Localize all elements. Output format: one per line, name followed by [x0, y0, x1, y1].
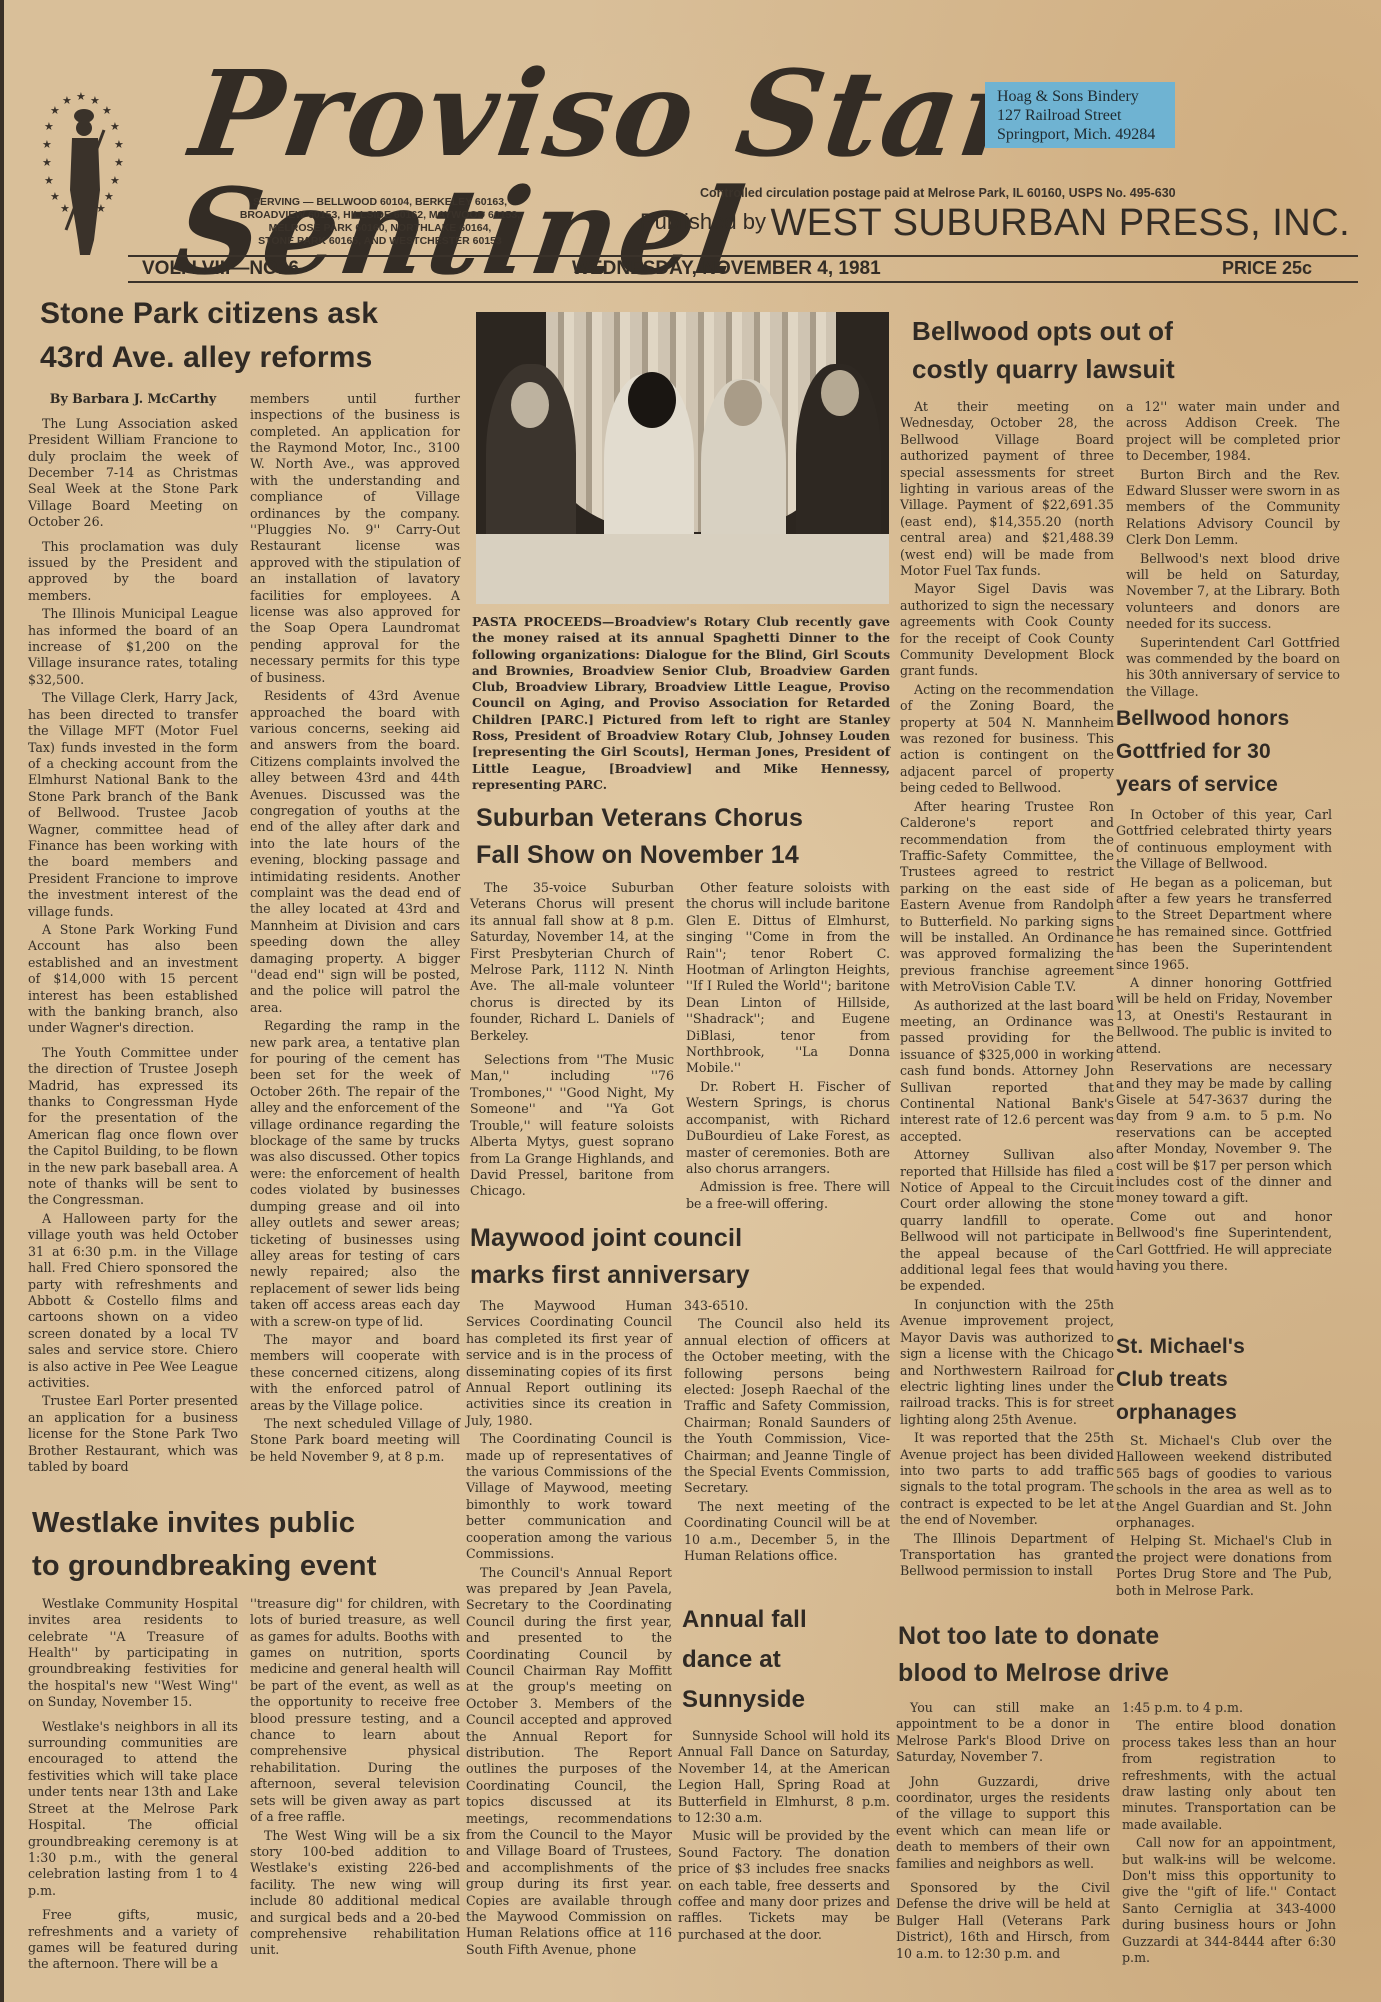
label-line: Hoag & Sons Bindery [997, 87, 1163, 106]
serving-line: SERVING — BELLWOOD 60104, BERKELEY 60163… [180, 196, 580, 209]
photo-caption: PASTA PROCEEDS—Broadview's Rotary Club r… [472, 614, 890, 793]
article-blood-drive: Not too late to donate blood to Melrose … [896, 1618, 1336, 1969]
paragraph: He began as a policeman, but after a few… [1116, 875, 1332, 973]
headline-line: orphanages [1116, 1396, 1332, 1429]
svg-text:★: ★ [50, 104, 60, 117]
article-sunnyside: Annual fall dance at Sunnyside Sunnyside… [678, 1600, 890, 1945]
article-body: The 35-voice Suburban Veterans Chorus wi… [470, 880, 890, 1214]
news-photo [476, 312, 889, 604]
paragraph: ''treasure dig'' for children, with lots… [250, 1596, 460, 1826]
headline-line: Suburban Veterans Chorus [476, 800, 890, 837]
paragraph: This proclamation was duly issued by the… [28, 539, 238, 605]
headline: Annual fall dance at Sunnyside [678, 1600, 890, 1720]
svg-text:★: ★ [110, 120, 120, 133]
paragraph: You can still make an appointment to be … [896, 1700, 1110, 1766]
headline-line: Annual fall [682, 1600, 890, 1640]
headline: Suburban Veterans Chorus Fall Show on No… [470, 800, 890, 874]
paragraph: The Maywood Human Services Coordinating … [466, 1298, 672, 1429]
column: Westlake Community Hospital invites area… [28, 1596, 238, 1975]
publisher-name: WEST SUBURBAN PRESS, INC. [770, 202, 1350, 244]
paragraph: Dr. Robert H. Fischer of Western Springs… [686, 1079, 890, 1177]
headline-line: blood to Melrose drive [898, 1655, 1336, 1692]
paragraph: Bellwood's next blood drive will be held… [1126, 551, 1340, 633]
paragraph: A Stone Park Working Fund Account has al… [28, 922, 238, 1037]
divider [128, 281, 1358, 283]
article-body: By Barbara J. McCarthy The Lung Associat… [28, 391, 460, 1478]
paragraph: Westlake's neighbors in all its surround… [28, 1719, 238, 1899]
column: 1:45 p.m. to 4 p.m. The entire blood don… [1122, 1700, 1336, 1969]
paragraph: The entire blood donation process takes … [1122, 1718, 1336, 1833]
page-edge [0, 0, 4, 2002]
price: PRICE 25c [1222, 258, 1312, 279]
paragraph: The West Wing will be a six story 100-be… [250, 1828, 460, 1959]
paragraph: In October of this year, Carl Gottfried … [1116, 807, 1332, 873]
paragraph: Trustee Earl Porter presented an applica… [28, 1393, 238, 1475]
paragraph: Sponsored by the Civil Defense the drive… [896, 1880, 1110, 1962]
paragraph: members until further inspections of the… [250, 391, 460, 686]
headline-line: Stone Park citizens ask [40, 292, 460, 336]
svg-text:★: ★ [42, 156, 52, 169]
svg-text:★: ★ [42, 138, 52, 151]
article-westlake: Westlake invites public to groundbreakin… [28, 1502, 460, 1975]
headline: Bellwood opts out of costly quarry lawsu… [900, 312, 1340, 389]
svg-text:★: ★ [50, 190, 60, 203]
headline: Maywood joint council marks first annive… [466, 1220, 890, 1294]
headline-line: Not too late to donate [898, 1618, 1336, 1655]
svg-text:★: ★ [114, 138, 124, 151]
column: You can still make an appointment to be … [896, 1700, 1110, 1969]
paragraph: Reservations are necessary and they may … [1116, 1059, 1332, 1207]
paragraph: Acting on the recommendation of the Zoni… [900, 682, 1114, 797]
headline-line: Bellwood opts out of [912, 312, 1340, 350]
serving-line: BROADVIEW 60153, HILLSIDE 60162, MAYWOOD… [180, 209, 580, 222]
paragraph: Free gifts, music, refreshments and a va… [28, 1907, 238, 1973]
paragraph: The Illinois Department of Transportatio… [900, 1531, 1114, 1580]
person-1-head [511, 382, 549, 428]
paragraph: Call now for an appointment, but walk-in… [1122, 1835, 1336, 1966]
svg-text:★: ★ [44, 174, 54, 187]
headline: Not too late to donate blood to Melrose … [896, 1618, 1336, 1692]
dinner-table [476, 534, 889, 604]
masthead: ★★★ ★★ ★★ ★★ ★★ ★★ ★★ ★★ Proviso Star-Se… [0, 0, 1381, 250]
byline: By Barbara J. McCarthy [28, 391, 238, 406]
headline: St. Michael's Club treats orphanages [1116, 1330, 1332, 1429]
svg-text:★: ★ [110, 174, 120, 187]
minuteman-logo-icon: ★★★ ★★ ★★ ★★ ★★ ★★ ★★ ★★ [40, 90, 130, 260]
paragraph: A dinner honoring Gottfried will be held… [1116, 975, 1332, 1057]
article-gottfried: Bellwood honors Gottfried for 30 years o… [1116, 702, 1332, 1276]
label-line: 127 Railroad Street [997, 106, 1163, 125]
serving-line: STONE PARK 60165, AND WESTCHESTER 60153 [180, 235, 580, 248]
paragraph: Come out and honor Bellwood's fine Super… [1116, 1209, 1332, 1275]
svg-text:★: ★ [90, 94, 100, 107]
column: The Maywood Human Services Coordinating … [466, 1298, 672, 1960]
paragraph: After hearing Trustee Ron Calderone's re… [900, 799, 1114, 996]
article-chorus: Suburban Veterans Chorus Fall Show on No… [470, 800, 890, 1214]
paragraph: The next scheduled Village of Stone Park… [250, 1416, 460, 1465]
paragraph: Residents of 43rd Avenue approached the … [250, 688, 460, 1016]
svg-text:★: ★ [76, 90, 86, 103]
paragraph: Regarding the ramp in the new park area,… [250, 1018, 460, 1330]
mailing-label: Hoag & Sons Bindery 127 Railroad Street … [985, 82, 1175, 148]
headline-line: Fall Show on November 14 [476, 837, 890, 874]
svg-text:★: ★ [114, 156, 124, 169]
article-body: Westlake Community Hospital invites area… [28, 1596, 460, 1975]
column: members until further inspections of the… [250, 391, 460, 1478]
paragraph: Sunnyside School will hold its Annual Fa… [678, 1728, 890, 1826]
paragraph: A Halloween party for the village youth … [28, 1211, 238, 1391]
svg-text:★: ★ [62, 94, 72, 107]
paragraph: The Village Clerk, Harry Jack, has been … [28, 690, 238, 920]
paragraph: Helping St. Michael's Club in the projec… [1116, 1533, 1332, 1599]
paragraph: The Lung Association asked President Wil… [28, 416, 238, 531]
headline-line: years of service [1116, 768, 1332, 801]
publisher-line: Published by WEST SUBURBAN PRESS, INC. [640, 202, 1350, 245]
article-body: St. Michael's Club over the Halloween we… [1116, 1433, 1332, 1599]
paragraph: a 12'' water main under and across Addis… [1126, 399, 1340, 465]
paragraph: In conjunction with the 25th Avenue impr… [900, 1297, 1114, 1428]
paragraph: Attorney Sullivan also reported that Hil… [900, 1147, 1114, 1295]
issue-date: WEDNESDAY, NOVEMBER 4, 1981 [572, 258, 881, 280]
paragraph: Selections from ''The Music Man,'' inclu… [470, 1052, 674, 1200]
published-by: Published by [640, 209, 766, 234]
headline-line: costly quarry lawsuit [912, 350, 1340, 388]
person-4-head [821, 370, 859, 416]
paragraph: The Council also held its annual electio… [684, 1316, 890, 1496]
headline-line: Sunnyside [682, 1680, 890, 1720]
column: Other feature soloists with the chorus w… [686, 880, 890, 1214]
paragraph: The mayor and board members will coopera… [250, 1332, 460, 1414]
paragraph: Admission is free. There will be a free-… [686, 1179, 890, 1212]
headline-line: St. Michael's [1116, 1330, 1332, 1363]
headline-line: marks first anniversary [470, 1257, 890, 1294]
paragraph: At their meeting on Wednesday, October 2… [900, 399, 1114, 579]
person-2-head [628, 372, 676, 428]
headline: Bellwood honors Gottfried for 30 years o… [1116, 702, 1332, 801]
headline-line: Club treats [1116, 1363, 1332, 1396]
divider [128, 255, 1358, 257]
headline-line: Maywood joint council [470, 1220, 890, 1257]
article-body: In October of this year, Carl Gottfried … [1116, 807, 1332, 1274]
paragraph: Superintendent Carl Gottfried was commen… [1126, 635, 1340, 701]
paragraph: Westlake Community Hospital invites area… [28, 1596, 238, 1711]
svg-text:★: ★ [44, 120, 54, 133]
article-stone-park: Stone Park citizens ask 43rd Ave. alley … [28, 292, 460, 1477]
paragraph: 1:45 p.m. to 4 p.m. [1122, 1700, 1336, 1716]
serving-area: SERVING — BELLWOOD 60104, BERKELEY 60163… [180, 196, 580, 248]
label-line: Springport, Mich. 49284 [997, 125, 1163, 144]
column: By Barbara J. McCarthy The Lung Associat… [28, 391, 238, 1478]
paragraph: John Guzzardi, drive coordinator, urges … [896, 1774, 1110, 1872]
headline: Westlake invites public to groundbreakin… [28, 1502, 460, 1588]
column: ''treasure dig'' for children, with lots… [250, 1596, 460, 1975]
article-body: Sunnyside School will hold its Annual Fa… [678, 1728, 890, 1943]
paragraph: The Council's Annual Report was prepared… [466, 1565, 672, 1959]
paragraph: Burton Birch and the Rev. Edward Slusser… [1126, 467, 1340, 549]
paragraph: Mayor Sigel Davis was authorized to sign… [900, 581, 1114, 679]
svg-text:★: ★ [60, 202, 70, 215]
paragraph: The Illinois Municipal League has inform… [28, 606, 238, 688]
postage-notice: Controlled circulation postage paid at M… [700, 186, 1176, 200]
serving-line: MELROSE PARK 60160, NORTHLAKE 60164, [180, 222, 580, 235]
paragraph: It was reported that the 25th Avenue pro… [900, 1430, 1114, 1528]
paragraph: The 35-voice Suburban Veterans Chorus wi… [470, 880, 674, 1044]
headline-line: dance at [682, 1640, 890, 1680]
paragraph: Other feature soloists with the chorus w… [686, 880, 890, 1077]
headline-line: Gottfried for 30 [1116, 735, 1332, 768]
article-st-michaels: St. Michael's Club treats orphanages St.… [1116, 1330, 1332, 1601]
headline-line: Westlake invites public [32, 1502, 460, 1545]
headline-line: Bellwood honors [1116, 702, 1332, 735]
column: At their meeting on Wednesday, October 2… [900, 399, 1114, 1582]
headline-line: to groundbreaking event [32, 1545, 460, 1588]
paragraph: Music will be provided by the Sound Fact… [678, 1828, 890, 1943]
volume-number: VOL. LVIII—NO. 6 [142, 258, 299, 280]
person-3-head [724, 380, 762, 426]
paragraph: 343-6510. [684, 1298, 890, 1314]
headline: Stone Park citizens ask 43rd Ave. alley … [28, 292, 460, 381]
paragraph: As authorized at the last board meeting,… [900, 998, 1114, 1146]
paragraph: The Coordinating Council is made up of r… [466, 1431, 672, 1562]
article-body: You can still make an appointment to be … [896, 1700, 1336, 1969]
paragraph: The next meeting of the Coordinating Cou… [684, 1499, 890, 1565]
paragraph: St. Michael's Club over the Halloween we… [1116, 1433, 1332, 1531]
svg-text:★: ★ [102, 104, 112, 117]
paragraph: The Youth Committee under the direction … [28, 1045, 238, 1209]
headline-line: 43rd Ave. alley reforms [40, 336, 460, 380]
column: The 35-voice Suburban Veterans Chorus wi… [470, 880, 674, 1214]
